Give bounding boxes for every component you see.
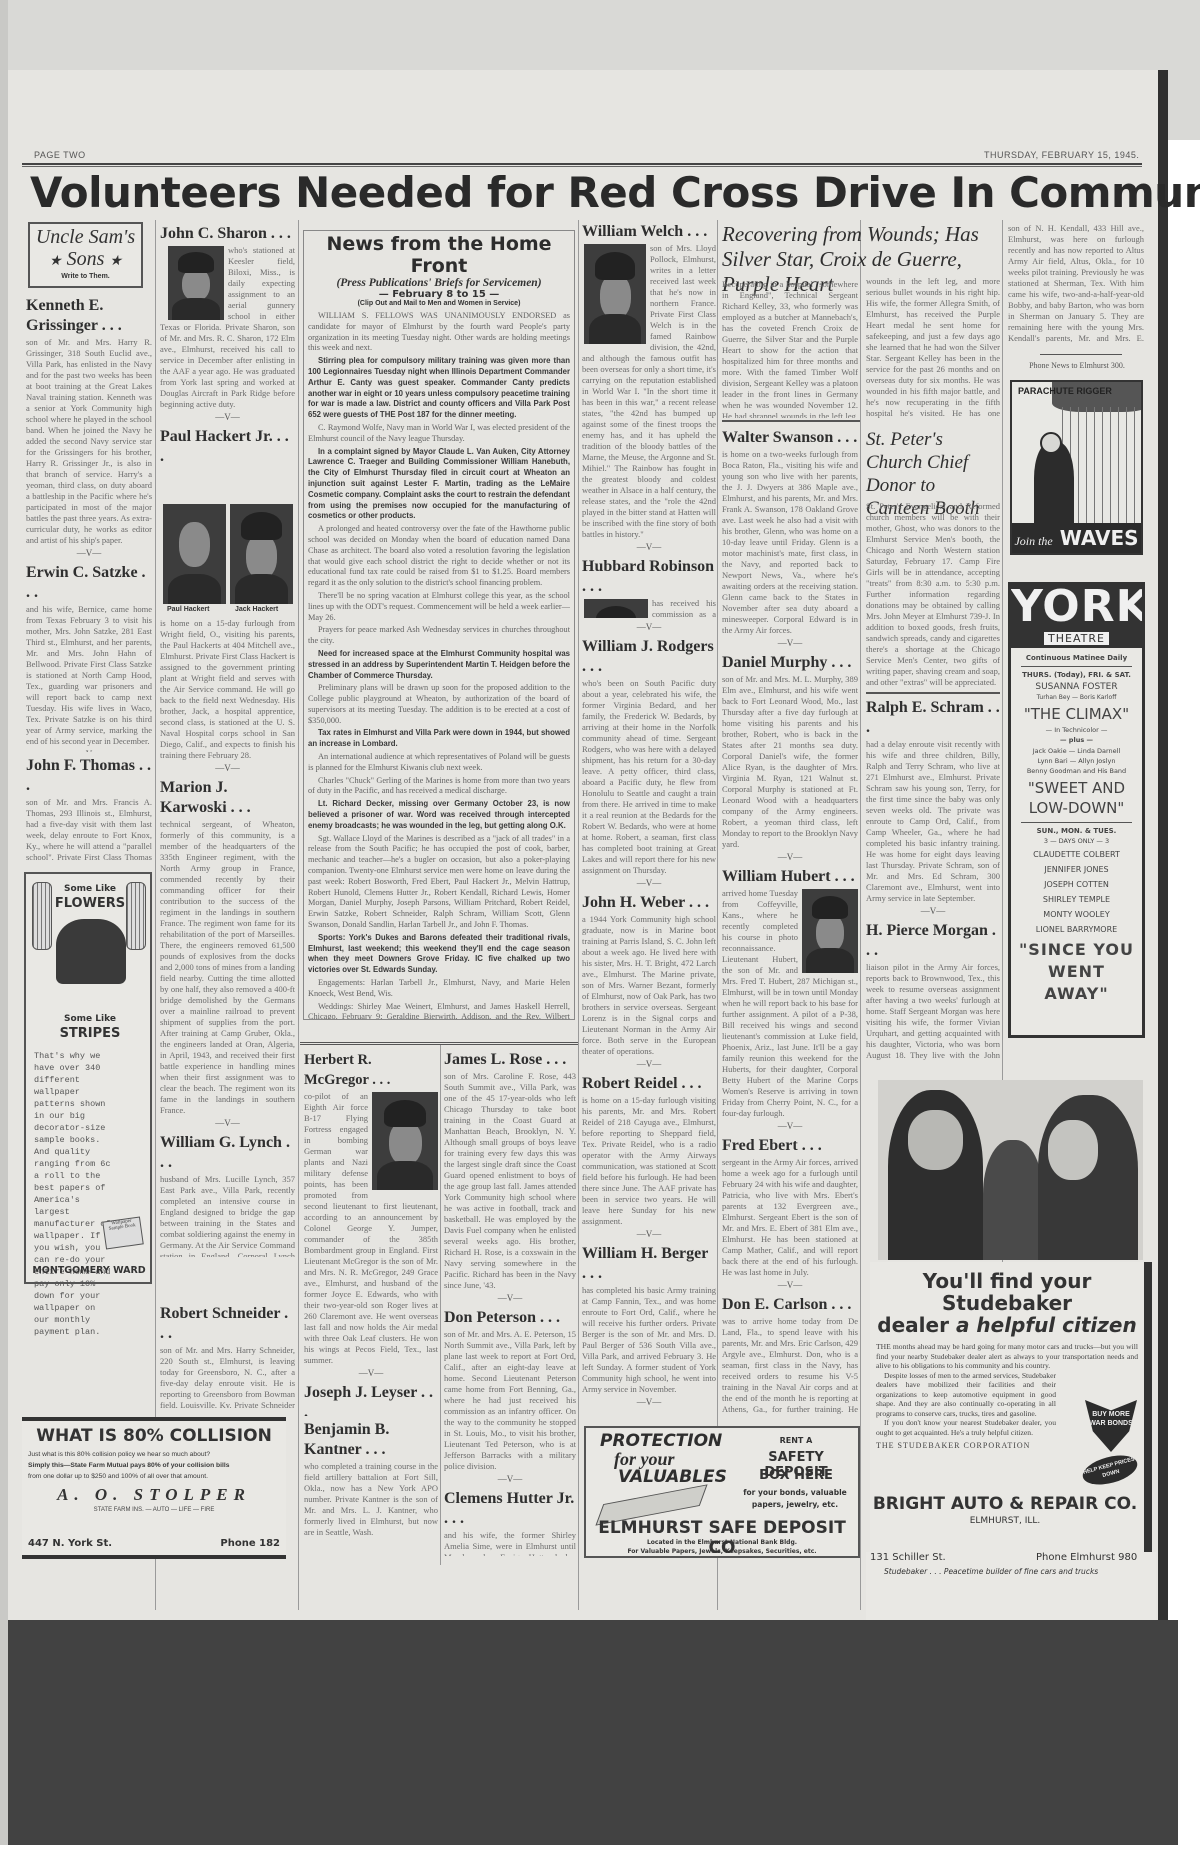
v-separator: —V— [722,1280,858,1291]
v-separator: —V— [582,622,716,633]
wallpaper-ad-body: That's why we have over 340 different wa… [34,1050,114,1338]
portrait-photo-jack-hackert [230,504,293,604]
montgomery-ward-ad: Some Like FLOWERS Some Like STRIPES That… [24,872,152,1284]
slogan-line: for your [600,1450,727,1468]
v-separator: —V— [866,906,1000,917]
valuables-line: papers, jewelry, etc. [732,1500,858,1509]
article-name: Robert Reidel . . . [582,1074,716,1094]
news-paragraph: Sgt. Wallace Lloyd of the Marines is des… [308,834,570,931]
portrait-photo-sharon [168,246,224,320]
news-paragraph: WILLIAM S. FELLOWS WAS UNANIMOUSLY ENDOR… [308,311,570,354]
cast-member: MONTY WOOLEY [1011,907,1142,922]
article-name: Daniel Murphy . . . [722,653,858,673]
dealer-city: ELMHURST, ILL. [870,1516,1140,1526]
rigger-figure [1034,442,1074,532]
column-divider [440,1045,441,1565]
column-2-bottom: is home on a 15-day furlough from Wright… [160,617,295,1257]
article-body: son of Mr. and Mrs. Francis A. Thomas, 2… [26,797,152,862]
photo-caption: Paul Hackert [167,606,209,613]
article-name: William J. Rodgers . . . [582,637,716,677]
v-separator: —V— [582,878,716,889]
film-title: "THE CLIMAX" [1011,705,1142,723]
help-keep-prices-badge: HELP KEEP PRICES DOWN [1080,1450,1141,1490]
article-body: son of Mr. and Mrs. A. E. Peterson, 15 N… [444,1329,576,1472]
studebaker-headline-b: a helpful citizen [956,1313,1137,1337]
news-paragraph: Tax rates in Elmhurst and Villa Park wer… [308,728,570,750]
column-4-top: William Welch . . . son of Mrs. Lloyd Po… [582,218,716,618]
slogan-line: PROTECTION [600,1432,727,1450]
v-separator: —V— [160,1118,295,1129]
column-3: Herbert R. McGregor . . . co-pilot of an… [304,1046,438,1416]
v-separator: —V— [722,1121,858,1132]
rigger-head [1040,432,1062,454]
column-1-lower: John F. Thomas . . . son of Mr. and Mrs.… [26,752,152,862]
column-divider [155,220,156,1610]
v-separator: —V— [582,542,716,553]
news-paragraph: Sports: York's Dukes and Barons defeated… [308,933,570,976]
article-name: William Hubert . . . [722,867,858,887]
article-name: Hubbard Robinson . . . [582,557,716,597]
article-body: St. Peter's Evangelical and Reformed chu… [866,501,1000,688]
uncle-sams-sons-box: Uncle Sam's ★ Sons ★ Write to Them. [28,222,143,288]
article-name: Kenneth E. Grissinger . . . [26,296,152,336]
article-name: Robert Schneider . . . [160,1304,295,1344]
v-separator: —V— [444,1293,576,1304]
stripes-kicker: Some Like [46,1014,134,1024]
theatre-label: THEATRE [1044,632,1109,645]
column-divider [578,220,579,1610]
showtime-days: SUN., MON. & TUES. [1011,827,1142,835]
collision-title: WHAT IS 80% COLLISION [22,1426,286,1446]
article-body: son of Mr. and Mrs. Harry R. Grissinger,… [26,337,152,546]
article-body: was to arrive home today from De Land, F… [722,1316,858,1414]
article-body: sergeant in the Army Air forces, arrived… [722,1157,858,1278]
waves-top-text: PARACHUTE RIGGER [1018,386,1112,396]
studebaker-corporation: THE STUDEBAKER CORPORATION [876,1441,1138,1451]
join-text: Join the [1014,534,1052,548]
article-body-continued: son of N. H. Kendall, 433 Hill ave., Elm… [1008,223,1144,342]
column-divider [717,220,718,1610]
article-body: is home on a two-weeks furlough from Boc… [722,449,858,636]
days-only: 3 — DAYS ONLY — 3 [1011,837,1142,845]
article-name: Ralph E. Schram . . . [866,698,1000,738]
parachute-lines [1062,407,1142,527]
column-divider [860,220,861,1610]
home-front-body: WILLIAM S. FELLOWS WAS UNANIMOUSLY ENDOR… [308,311,570,1020]
column-6: St. Peter's Evangelical and Reformed chu… [866,500,1000,1060]
dealer-address: 131 Schiller St. [870,1552,946,1563]
column-4-bottom: —V— William J. Rodgers . . . who's been … [582,620,716,1410]
v-separator: —V— [304,1368,438,1379]
bank-location: Located in the Elmhurst National Bank Bl… [586,1539,858,1546]
agent-address: 447 N. York St. [28,1538,112,1549]
dealer-phone: Phone Elmhurst 980 [1036,1552,1137,1563]
news-paragraph: Prayers for peace marked Ash Wednesday s… [308,625,570,647]
studebaker-paragraph: If you don't know your nearest Studebake… [876,1418,1056,1437]
column-2-top: John C. Sharon . . . who's stationed at … [160,220,295,540]
article-body: and his wife, Bernice, came home from Te… [26,604,152,747]
valuables-line: for your bonds, valuable [732,1488,858,1497]
dealer-name: BRIGHT AUTO & REPAIR CO. [870,1494,1140,1514]
studebaker-headline: You'll find your Studebaker [870,1270,1144,1314]
column-7-top: son of N. H. Kendall, 433 Hill ave., Elm… [1008,222,1144,342]
home-front-dates: — February 8 to 15 — [308,289,570,300]
folio-date: THURSDAY, FEBRUARY 15, 1945. [984,150,1139,160]
article-body: who's been on South Pacific duty about a… [582,678,716,876]
article-name: William H. Berger . . . [582,1244,716,1284]
news-paragraph: Engagements: Harlan Tarbell Jr., Elmhurs… [308,978,570,1000]
section-rule [722,420,860,422]
portrait-photo-welch [584,244,646,344]
article-name: James L. Rose . . . [444,1050,576,1070]
cast-member: CLAUDETTE COLBERT [1011,847,1142,862]
cast-member: JENNIFER JONES [1011,862,1142,877]
safe-deposit-ad: PROTECTION for your VALUABLES RENT A SAF… [584,1426,860,1558]
news-paragraph: An international audience at which repre… [308,752,570,774]
article-name: Fred Ebert . . . [722,1136,858,1156]
article-name: Don E. Carlson . . . [722,1295,858,1315]
cast-line: Jack Oakie — Linda Darnell [1011,747,1142,755]
article-body: a 1944 York Community high school gradua… [582,914,716,1057]
article-name: H. Pierce Morgan . . . [866,921,1000,961]
article-name: John C. Sharon . . . [160,224,295,244]
article-name: John H. Weber . . . [582,893,716,913]
news-paragraph: A prolonged and heated controversy over … [308,524,570,589]
york-theatre-ad: YORK THEATRE Continuous Matinee Daily TH… [1008,582,1145,1038]
article-body: son of Mr. and Mrs. M. L. Murphy, 389 El… [722,674,858,850]
studebaker-ad: You'll find your Studebaker dealer a hel… [870,1262,1152,1552]
york-theatre-logo: YORK THEATRE [1011,585,1142,648]
news-paragraph: C. Raymond Wolfe, Navy man in World War … [308,423,570,445]
article-body: technical sergeant, of Wheaton, formerly… [160,819,295,1116]
flowers-head: FLOWERS [46,896,134,911]
cast-line: Lynn Bari — Allyn Joslyn [1011,757,1142,765]
v-separator: —V— [160,412,295,423]
star-icon: ★ [49,254,62,269]
v-separator: —V— [582,1397,716,1408]
news-paragraph: Lt. Richard Decker, missing over Germany… [308,799,570,831]
v-separator: —V— [722,852,858,863]
costars: Turhan Bey — Boris Karloff [1011,694,1142,701]
join-waves-banner: Join the WAVES [1012,523,1141,553]
portrait-photo-robinson [584,599,648,618]
sample-book-icon: Wallpaper Sample Book [102,1216,144,1249]
home-front-subtitle: (Press Publications' Briefs for Servicem… [308,277,570,289]
article-name: William G. Lynch . . . [160,1133,295,1173]
column-divider [298,220,299,1610]
v-separator: —V— [722,638,858,649]
main-headline: Volunteers Needed for Red Cross Drive In… [30,168,1150,217]
article-body: Recuperating in a hospital "somewhere in… [722,279,858,418]
paperhanger-illustration [56,919,126,984]
uss-title: Uncle Sam's [30,226,141,248]
v-separator: —V— [582,1229,716,1240]
plus-note: — plus — [1011,736,1142,744]
waves-text: WAVES [1060,526,1139,550]
cast-member: SHIRLEY TEMPLE [1011,892,1142,907]
studebaker-illustration [878,1080,1143,1260]
valuables-list: For Valuable Papers, Jewels, Keepsakes, … [586,1548,858,1555]
article-body: is home on a 15-day furlough visiting hi… [582,1095,716,1227]
studebaker-paragraph: THE months ahead may be hard going for m… [876,1342,1138,1371]
news-paragraph: Stirring plea for compulsory military tr… [308,356,570,421]
collision-line: Just what is this 80% collision policy w… [28,1449,280,1460]
rent-label: RENT A [736,1436,856,1445]
wallpaper-roll-icon [126,882,146,950]
article-body: and his wife, the former Shirley Amelia … [444,1530,576,1556]
news-paragraph: Charles "Chuck" Gerling of the Marines i… [308,776,570,798]
collision-line: Simply this—State Farm Mutual pays 80% o… [28,1460,280,1471]
article-name: John F. Thomas . . . [26,756,152,796]
article-body: has completed his basic Army training at… [582,1285,716,1395]
uss-title-sons: Sons [67,248,105,270]
section-rule [866,692,1000,694]
v-separator: —V— [26,548,152,559]
studebaker-headline-a: dealer [877,1313,949,1337]
news-paragraph: In a complaint signed by Mayor Claude L.… [308,447,570,523]
film-border-left [0,0,8,1845]
article-name: Marion J. Karwoski . . . [160,778,295,818]
state-farm-ad: WHAT IS 80% COLLISION Just what is this … [22,1417,286,1559]
film-title: "SINCE YOU WENT AWAY" [1017,939,1136,1005]
article-name: Walter Swanson . . . [722,428,858,448]
news-paragraph: Preliminary plans will be drawn up soon … [308,683,570,726]
york-name: YORK [1011,585,1142,629]
film-border-bottom [8,1620,1178,1845]
agent-phone: Phone 182 [220,1538,280,1549]
portrait-photo-hubert [802,889,858,973]
showtime-days: THURS. (Today), FRI. & SAT. [1011,671,1142,679]
star-name: SUSANNA FOSTER [1011,682,1142,692]
column-1: Kenneth E. Grissinger . . . son of Mr. a… [26,292,152,752]
article-body-continued: Recuperating in a hospital "somewhere in… [866,278,1000,418]
article-body: is home on a 15-day furlough from Wright… [160,618,295,761]
column-3-lower: Benjamin B. Kantner . . . who completed … [304,1416,438,1556]
rule [1040,354,1122,355]
v-separator: —V— [582,1059,716,1070]
article-body: liaison pilot in the Army Air forces, re… [866,962,1000,1060]
article-name: Herbert R. McGregor . . . [304,1050,438,1090]
portrait-photo-mcgregor [372,1092,438,1190]
stripes-head: STRIPES [46,1026,134,1041]
protection-slogan: PROTECTION for your VALUABLES [600,1432,727,1486]
wallpaper-roll-icon [32,882,52,950]
kelley-article-part2: Recuperating in a hospital "somewhere in… [866,278,1000,418]
article-body: had a delay enroute visit recently with … [866,739,1000,904]
kelley-article-part1: Recuperating in a hospital "somewhere in… [722,278,858,418]
margin-bottom [0,1845,1200,1855]
column-5: Walter Swanson . . . is home on a two-we… [722,424,858,1414]
box-here-label: BOX HERE [736,1468,856,1483]
flowers-kicker: Some Like [52,884,128,894]
insurance-lines: STATE FARM INS. — AUTO — LIFE — FIRE [22,1507,286,1513]
home-front-box: News from the Home Front (Press Publicat… [303,230,575,1020]
article-body: son of Mrs. Caroline F. Rose, 443 South … [444,1071,576,1291]
technicolor-note: — In Technicolor — [1011,726,1142,734]
collision-body: Just what is this 80% collision policy w… [22,1449,286,1482]
cast-list: CLAUDETTE COLBERT JENNIFER JONES JOSEPH … [1011,847,1142,937]
news-paragraph: There'll be no spring vacation at Elmhur… [308,591,570,623]
article-name: Clemens Hutter Jr. . . . [444,1489,576,1529]
article-name: Joseph J. Leyser . . . [304,1383,438,1416]
montgomery-ward-logo: MONTGOMERY WARD [28,1265,150,1276]
studebaker-tagline: Studebaker . . . Peacetime builder of fi… [884,1567,1098,1576]
uss-subtitle: Write to Them. [30,273,141,280]
phone-news-note: Phone News to Elmhurst 300. [1010,361,1144,370]
v-separator: —V— [160,763,295,774]
news-paragraph: Weddings: Shirley Mae Weinert, Elmhurst,… [308,1002,570,1020]
news-paragraph: Need for increased space at the Elmhurst… [308,649,570,681]
column-2-schneider: Robert Schneider . . . son of Mr. and Mr… [160,1300,295,1408]
article-name: William Welch . . . [582,222,716,242]
collision-line: from one dollar up to $250 and 100% of a… [28,1471,280,1482]
article-body: son of Mr. and Mrs. Harry Schneider, 220… [160,1345,295,1408]
cast-member: LIONEL BARRYMORE [1011,922,1142,937]
article-body: husband of Mrs. Lucille Lynch, 357 East … [160,1174,295,1257]
star-icon: ★ [109,254,122,269]
cast-member: JOSEPH COTTEN [1011,877,1142,892]
waves-recruiting-ad: PARACHUTE RIGGER Join the WAVES [1010,380,1143,555]
column-3b: James L. Rose . . . son of Mrs. Caroline… [444,1046,576,1556]
article-name: Erwin C. Satzke . . . [26,563,152,603]
article-name: Don Peterson . . . [444,1308,576,1328]
folio-page-number: PAGE TWO [34,150,86,160]
cast-line: Benny Goodman and His Band [1011,767,1142,775]
home-front-title: News from the Home Front [308,233,570,277]
film-title: "SWEET AND LOW-DOWN" [1021,778,1132,818]
article-body: who completed a training course in the f… [304,1461,438,1538]
hackert-photos: Paul Hackert Jack Hackert [163,504,295,614]
studebaker-footer: 131 Schiller St. Phone Elmhurst 980 Stud… [866,1552,1156,1620]
studebaker-paragraph: Despite losses of men to the armed servi… [876,1371,1056,1419]
photo-caption: Jack Hackert [235,606,278,613]
portrait-photo-paul-hackert [163,504,226,604]
section-rule [300,1042,578,1045]
article-name: Benjamin B. Kantner . . . [304,1420,438,1460]
agent-name: A. O. STOLPER [22,1485,286,1505]
article-name: Paul Hackert Jr. . . . [160,427,295,467]
matinee-note: Continuous Matinee Daily [1011,654,1142,662]
home-front-clip-note: (Clip Out and Mail to Men and Women in S… [308,300,570,307]
masthead-rule [22,163,1142,167]
v-separator: —V— [444,1474,576,1485]
